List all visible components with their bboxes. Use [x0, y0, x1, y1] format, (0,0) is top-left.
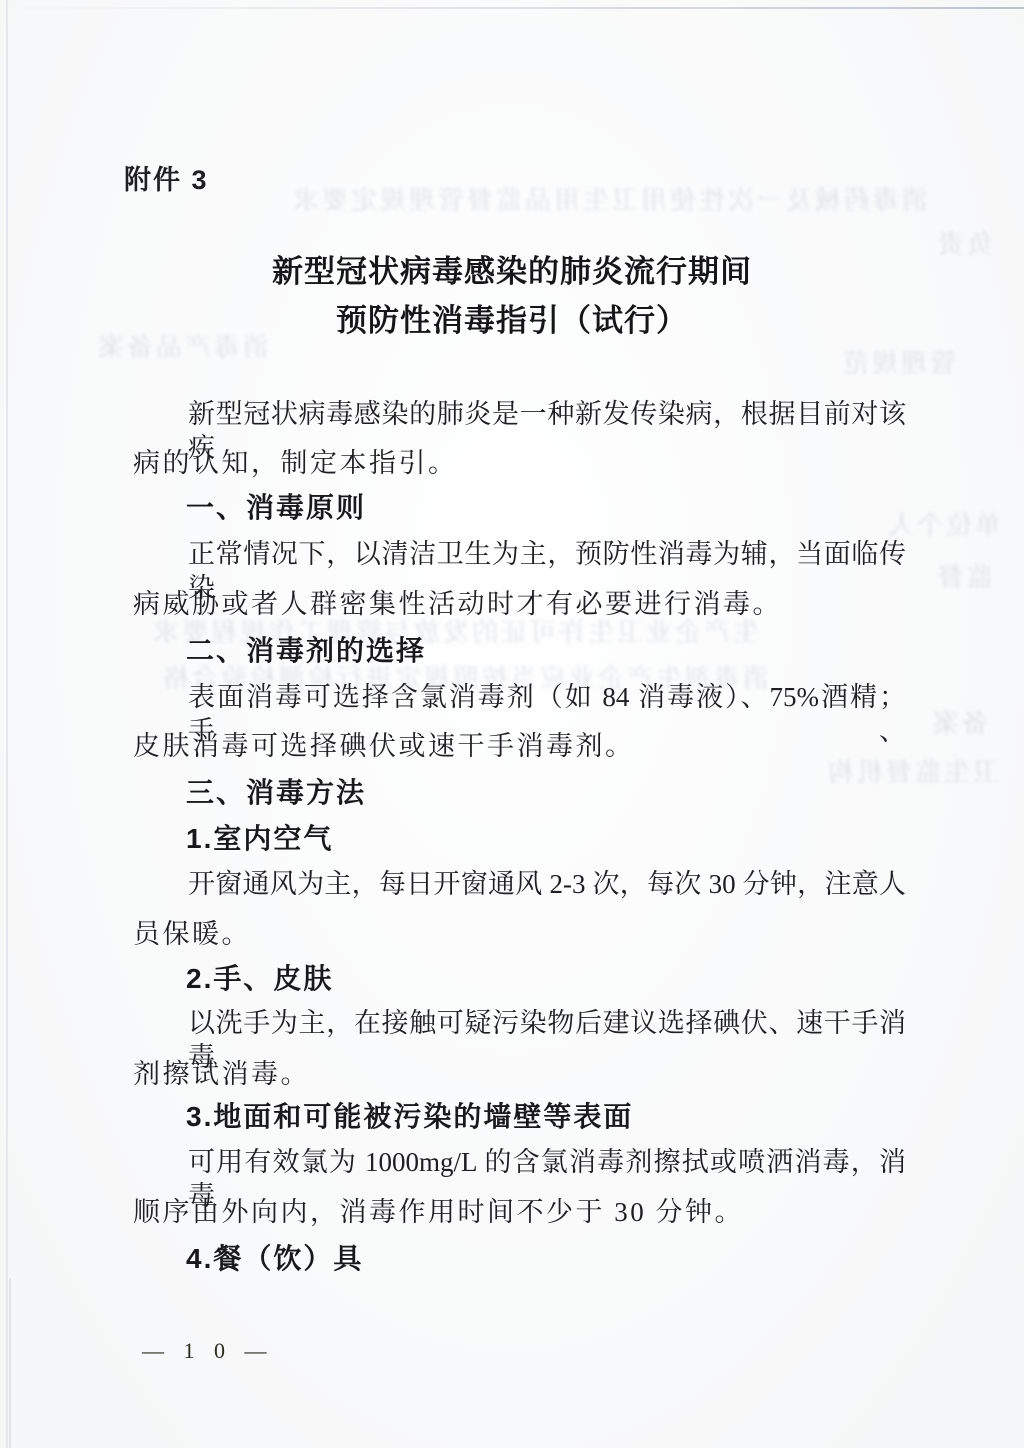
- bleedthrough-text: 管理规范: [840, 343, 956, 380]
- subsection-heading-1: 1.室内空气: [186, 822, 333, 856]
- paper-left-edge: [6, 0, 8, 1448]
- section-heading-2: 二、消毒剂的选择: [186, 634, 426, 668]
- bleedthrough-text: 消毒药械及一次性使用卫生用品监督管理规定要求: [290, 180, 928, 217]
- bleedthrough-text: 监督: [935, 557, 993, 594]
- scanned-document-page: 消毒药械及一次性使用卫生用品监督管理规定要求 负责 消毒产品备案 管理规范 单位…: [0, 0, 1024, 1448]
- attachment-label: 附件 3: [124, 163, 209, 197]
- document-title-line1: 新型冠状病毒感染的肺炎流行期间: [0, 255, 1024, 289]
- section-heading-3: 三、消毒方法: [186, 776, 366, 810]
- paper-top-edge: [0, 7, 1024, 9]
- body-line: 剂擦试消毒。: [133, 1057, 310, 1091]
- subsection-heading-4: 4.餐（饮）具: [186, 1242, 363, 1276]
- body-line: 病威胁或者人群密集性活动时才有必要进行消毒。: [133, 587, 782, 621]
- body-line: 皮肤消毒可选择碘伏或速干手消毒剂。: [133, 729, 635, 763]
- document-title-line2: 预防性消毒指引（试行）: [0, 304, 1024, 338]
- paper-bottom-edge: [9, 1278, 11, 1448]
- body-line: 病的认知，制定本指引。: [133, 446, 458, 480]
- section-heading-1: 一、消毒原则: [186, 491, 366, 525]
- subsection-heading-3: 3.地面和可能被污染的墙壁等表面: [186, 1100, 633, 1134]
- page-number: — 1 0 —: [142, 1334, 274, 1368]
- body-line: 顺序由外向内，消毒作用时间不少于 30 分钟。: [133, 1195, 744, 1229]
- body-line: 员保暖。: [133, 917, 251, 951]
- subsection-heading-2: 2.手、皮肤: [186, 962, 333, 996]
- bleedthrough-text: 备案: [930, 703, 988, 740]
- bleedthrough-text: 卫生监督机构: [825, 752, 999, 789]
- body-line: 开窗通风为主，每日开窗通风 2-3 次，每次 30 分钟，注意人: [188, 867, 906, 901]
